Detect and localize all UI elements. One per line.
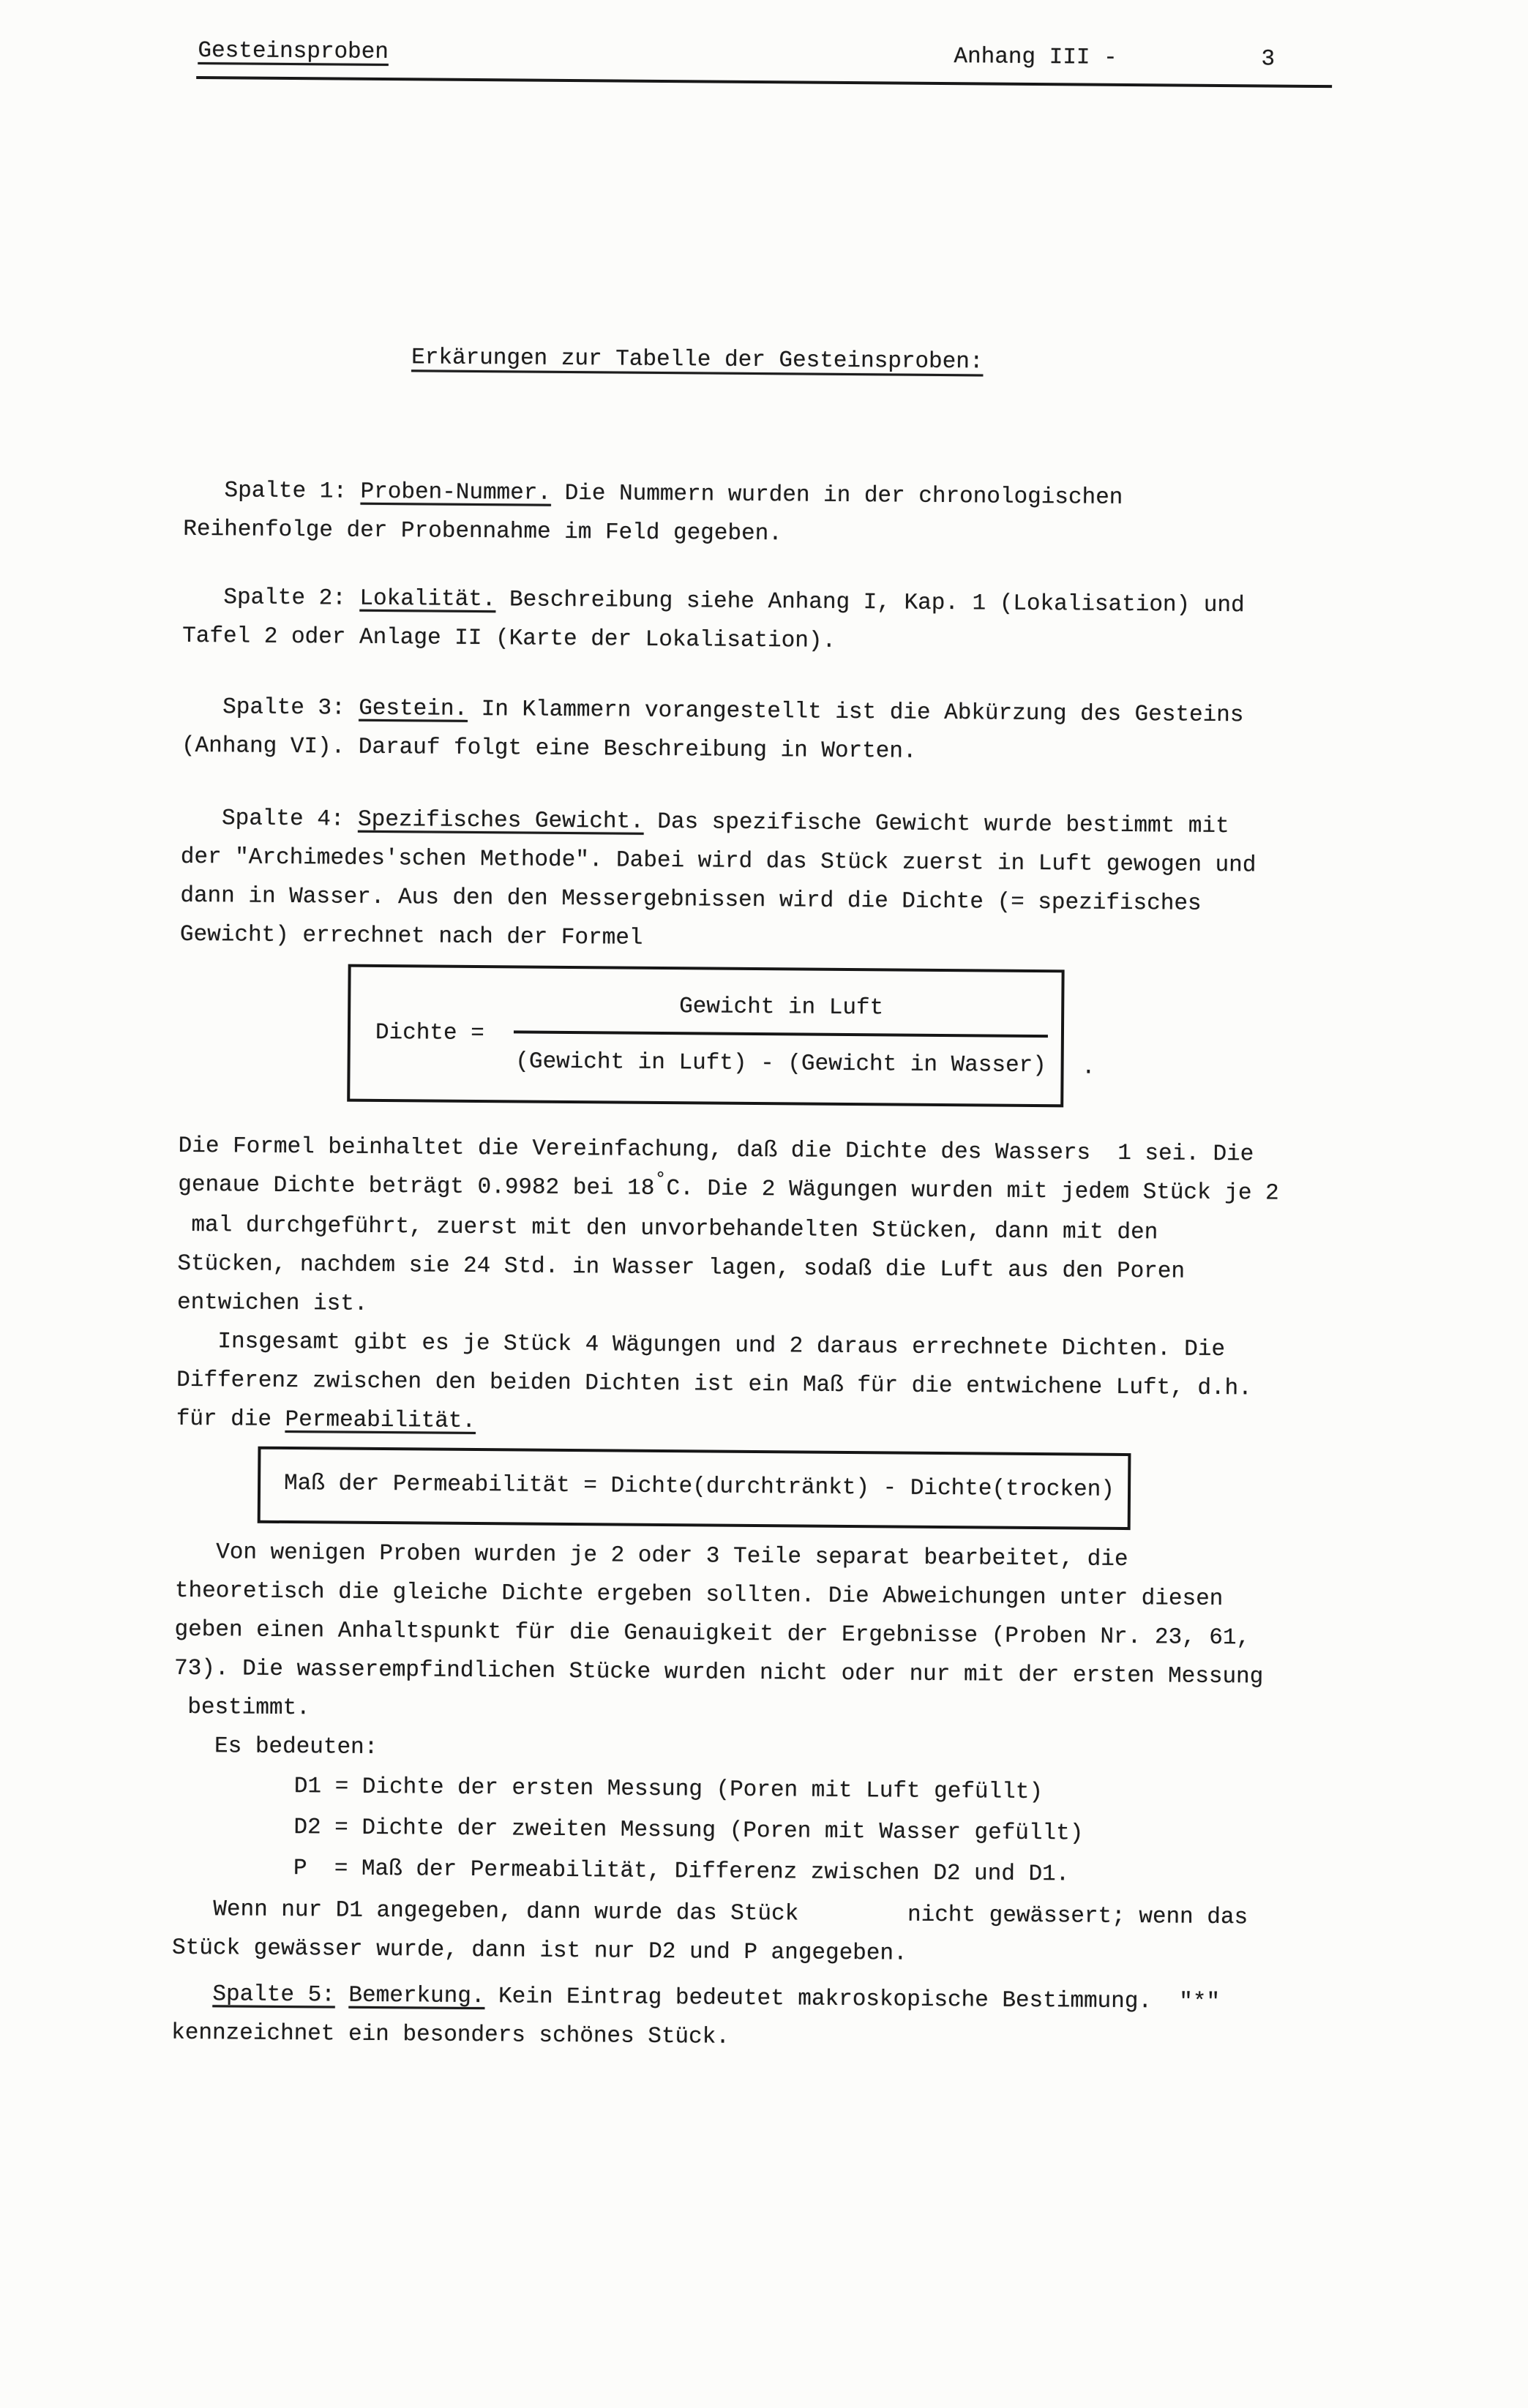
text-segment: mal durchgeführt, zuerst mit den unvorbe… — [178, 1212, 1158, 1246]
header-appendix-label: Anhang III - — [954, 37, 1117, 78]
text-segment: Spalte 3: — [181, 694, 359, 721]
document-title: Erkärungen zur Tabelle der Gesteinsprobe… — [411, 338, 984, 381]
text-segment: entwichen ist. — [177, 1290, 368, 1317]
paragraph-spalte1: Spalte 1: Proben-Nummer. Die Nummern wur… — [183, 471, 1525, 559]
text-segment: Reihenfolge der Probennahme im Feld gege… — [183, 517, 782, 547]
text-segment: Spalte 1: — [184, 478, 361, 505]
text-segment: Tafel 2 oder Anlage II (Karte der Lokali… — [182, 623, 836, 654]
page-content: Erkärungen zur Tabelle der Gesteinsprobe… — [0, 335, 1526, 2063]
page-sheet: Gesteinsproben Anhang III - 3 Erkärungen… — [0, 35, 1528, 2063]
text-segment: Stück gewässer wurde, dann ist nur D2 un… — [172, 1935, 907, 1967]
text-segment: Beschreibung siehe Anhang I, Kap. 1 (Lok… — [495, 587, 1244, 618]
text-segment — [335, 1983, 349, 2008]
fraction-numerator: Gewicht in Luft — [514, 986, 1048, 1035]
text-segment: (Anhang VI). Darauf folgt eine Beschreib… — [181, 733, 917, 765]
paragraph-formel-erlaeuterung: Die Formel beinhaltet die Vereinfachung,… — [176, 1127, 1520, 1449]
text-segment: der "Archimedes'schen Methode". Dabei wi… — [181, 844, 1257, 879]
paragraph-spalte2: Spalte 2: Lokalität. Beschreibung siehe … — [182, 578, 1524, 666]
text-segment: 73). Die wasserempfindlichen Stücke wurd… — [174, 1656, 1263, 1690]
text-segment: Proben-Nummer. — [360, 479, 551, 506]
text-segment: Gewicht) errechnet nach der Formel — [180, 922, 643, 951]
text-segment: P = Maß der Permeabilität, Differenz zwi… — [293, 1856, 1070, 1887]
text-segment: Die Nummern wurden in der chronologische… — [551, 481, 1123, 511]
text-segment: ° — [654, 1161, 667, 1200]
text-segment: Gestein. — [359, 696, 468, 722]
text-segment: Das spezifische Gewicht wurde bestimmt m… — [644, 809, 1229, 839]
paragraph-spalte4: Spalte 4: Spezifisches Gewicht. Das spez… — [180, 799, 1523, 964]
text-segment: geben einen Anhaltspunkt für die Genauig… — [174, 1617, 1250, 1651]
formula-permeabilitaet-text: Maß der Permeabilität = Dichte(durchträn… — [284, 1471, 1115, 1503]
text-segment: Insgesamt gibt es je Stück 4 Wägungen un… — [176, 1329, 1225, 1362]
text-segment: Spalte 5: — [212, 1981, 335, 2008]
text-segment: kennzeichnet ein besonders schönes Stück… — [171, 2020, 730, 2050]
header-page-number: 3 — [1261, 40, 1275, 78]
text-segment: Spezifisches Gewicht. — [358, 807, 644, 835]
fraction-denominator: (Gewicht in Luft) - (Gewicht in Wasser) — [514, 1033, 1048, 1085]
text-segment: theoretisch die gleiche Dichte ergeben s… — [175, 1578, 1224, 1612]
text-segment: dann in Wasser. Aus den den Messergebnis… — [180, 883, 1201, 917]
text-segment: Von wenigen Proben wurden je 2 oder 3 Te… — [175, 1539, 1128, 1572]
formula-box-dichte: Dichte = Gewicht in Luft (Gewicht in Luf… — [347, 964, 1065, 1108]
formula-trailing-period: . — [1064, 1048, 1096, 1107]
formula-dichte-row: Dichte = Gewicht in Luft (Gewicht in Luf… — [347, 964, 1521, 1111]
page-header: Gesteinsproben Anhang III - 3 — [196, 37, 1332, 88]
text-segment: bestimmt. — [174, 1695, 310, 1721]
text-segment: D2 = Dichte der zweiten Messung (Poren m… — [293, 1815, 1083, 1846]
text-segment: Es bedeuten: — [173, 1733, 378, 1760]
text-line: P = Maß der Permeabilität, Differenz zwi… — [293, 1848, 1514, 1899]
paragraph-von-wenigen: Von wenigen Proben wurden je 2 oder 3 Te… — [173, 1533, 1516, 1776]
text-segment: Differenz zwischen den beiden Dichten is… — [176, 1368, 1252, 1402]
text-segment: Spalte 4: — [181, 806, 358, 833]
text-segment: Die Formel beinhaltet die Vereinfachung,… — [179, 1133, 1254, 1168]
fraction: Gewicht in Luft (Gewicht in Luft) - (Gew… — [514, 986, 1049, 1085]
text-segment: Stücken, nachdem sie 24 Std. in Wasser l… — [177, 1251, 1185, 1285]
definitions-list: D1 = Dichte der ersten Messung (Poren mi… — [293, 1766, 1515, 1899]
formula-box-permeabilitaet: Maß der Permeabilität = Dichte(durchträn… — [258, 1447, 1131, 1530]
formula-lhs: Dichte = — [375, 1013, 498, 1052]
paragraph-spalte3: Spalte 3: Gestein. In Klammern vorangest… — [181, 688, 1524, 776]
text-segment: Spalte 2: — [182, 585, 359, 612]
text-segment: Bemerkung. — [348, 1983, 484, 2009]
paragraph-spalte5: Spalte 5: Bemerkung. Kein Eintrag bedeut… — [171, 1975, 1513, 2063]
text-segment: Permeabilität. — [285, 1407, 476, 1434]
text-segment: genaue Dichte beträgt 0.9982 bei 18 — [178, 1172, 654, 1201]
scanned-document-page: Gesteinsproben Anhang III - 3 Erkärungen… — [0, 0, 1528, 2408]
header-section-title: Gesteinsproben — [198, 31, 389, 72]
paragraph-wenn-nur: Wenn nur D1 angegeben, dann wurde das St… — [172, 1890, 1514, 1978]
text-segment: Wenn nur D1 angegeben, dann wurde das St… — [172, 1897, 1248, 1931]
text-segment: In Klammern vorangestellt ist die Abkürz… — [468, 697, 1244, 728]
text-segment: für die — [176, 1406, 285, 1433]
text-segment: C. Die 2 Wägungen wurden mit jedem Stück… — [666, 1176, 1278, 1207]
text-segment: D1 = Dichte der ersten Messung (Poren mi… — [294, 1774, 1043, 1805]
text-segment: Lokalität. — [359, 586, 495, 612]
text-segment — [171, 1981, 212, 2007]
text-segment: Kein Eintrag bedeutet makroskopische Bes… — [484, 1984, 1220, 2015]
